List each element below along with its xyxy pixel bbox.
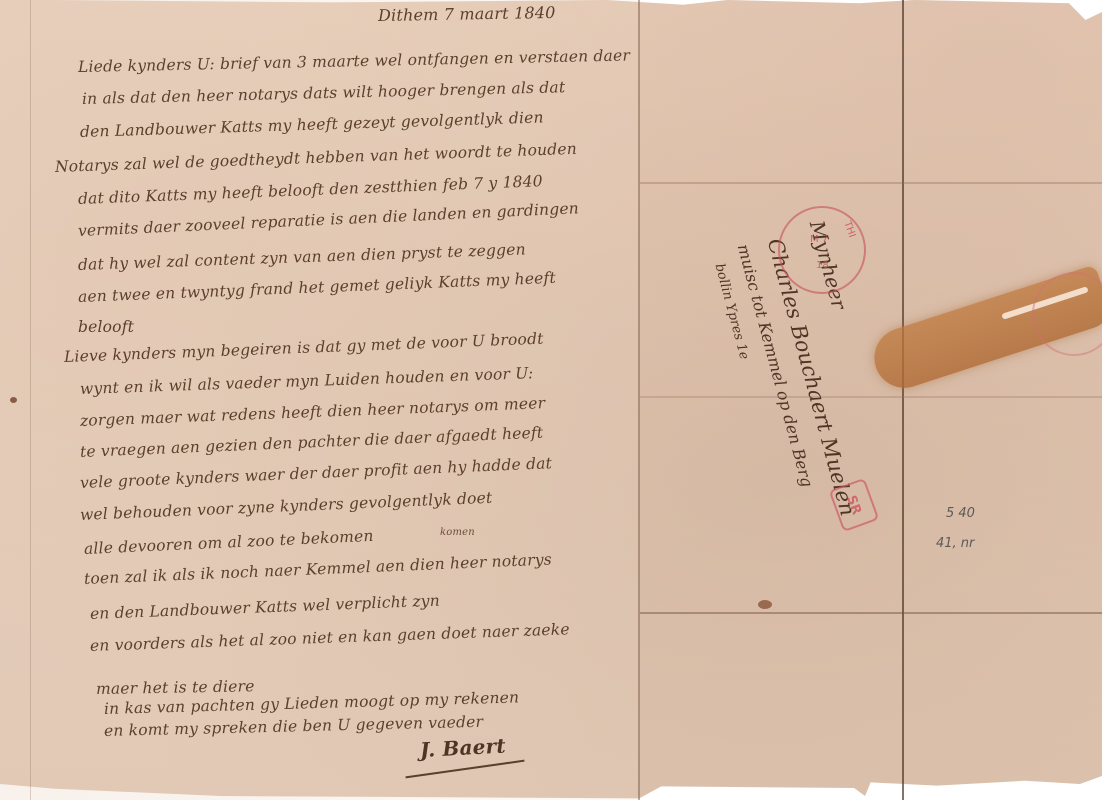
pencil-note: 5 40 — [946, 506, 975, 521]
signature: J. Baert — [419, 734, 506, 762]
round-postmark: THI M 7 18 — [778, 206, 866, 294]
fold-line-horizontal — [640, 182, 1102, 184]
postmark-date: M 7 — [810, 234, 828, 245]
body-line: maer het is te diere — [96, 677, 255, 698]
postmark-year: 18 — [816, 260, 829, 271]
ink-spot — [10, 397, 17, 403]
fold-line-horizontal — [640, 396, 1102, 398]
fold-line-horizontal — [640, 612, 1102, 614]
postmark-arc-text: THI — [842, 220, 858, 239]
fold-line-vertical — [902, 0, 904, 800]
fold-line-vertical — [30, 0, 31, 800]
fold-line-vertical — [638, 0, 640, 800]
interlinear-note: komen — [440, 527, 475, 538]
pencil-note: 41, nr — [936, 536, 974, 551]
ink-spot — [758, 600, 772, 609]
place-date: Dithem 7 maart 1840 — [378, 3, 556, 25]
body-line: belooft — [78, 318, 134, 336]
